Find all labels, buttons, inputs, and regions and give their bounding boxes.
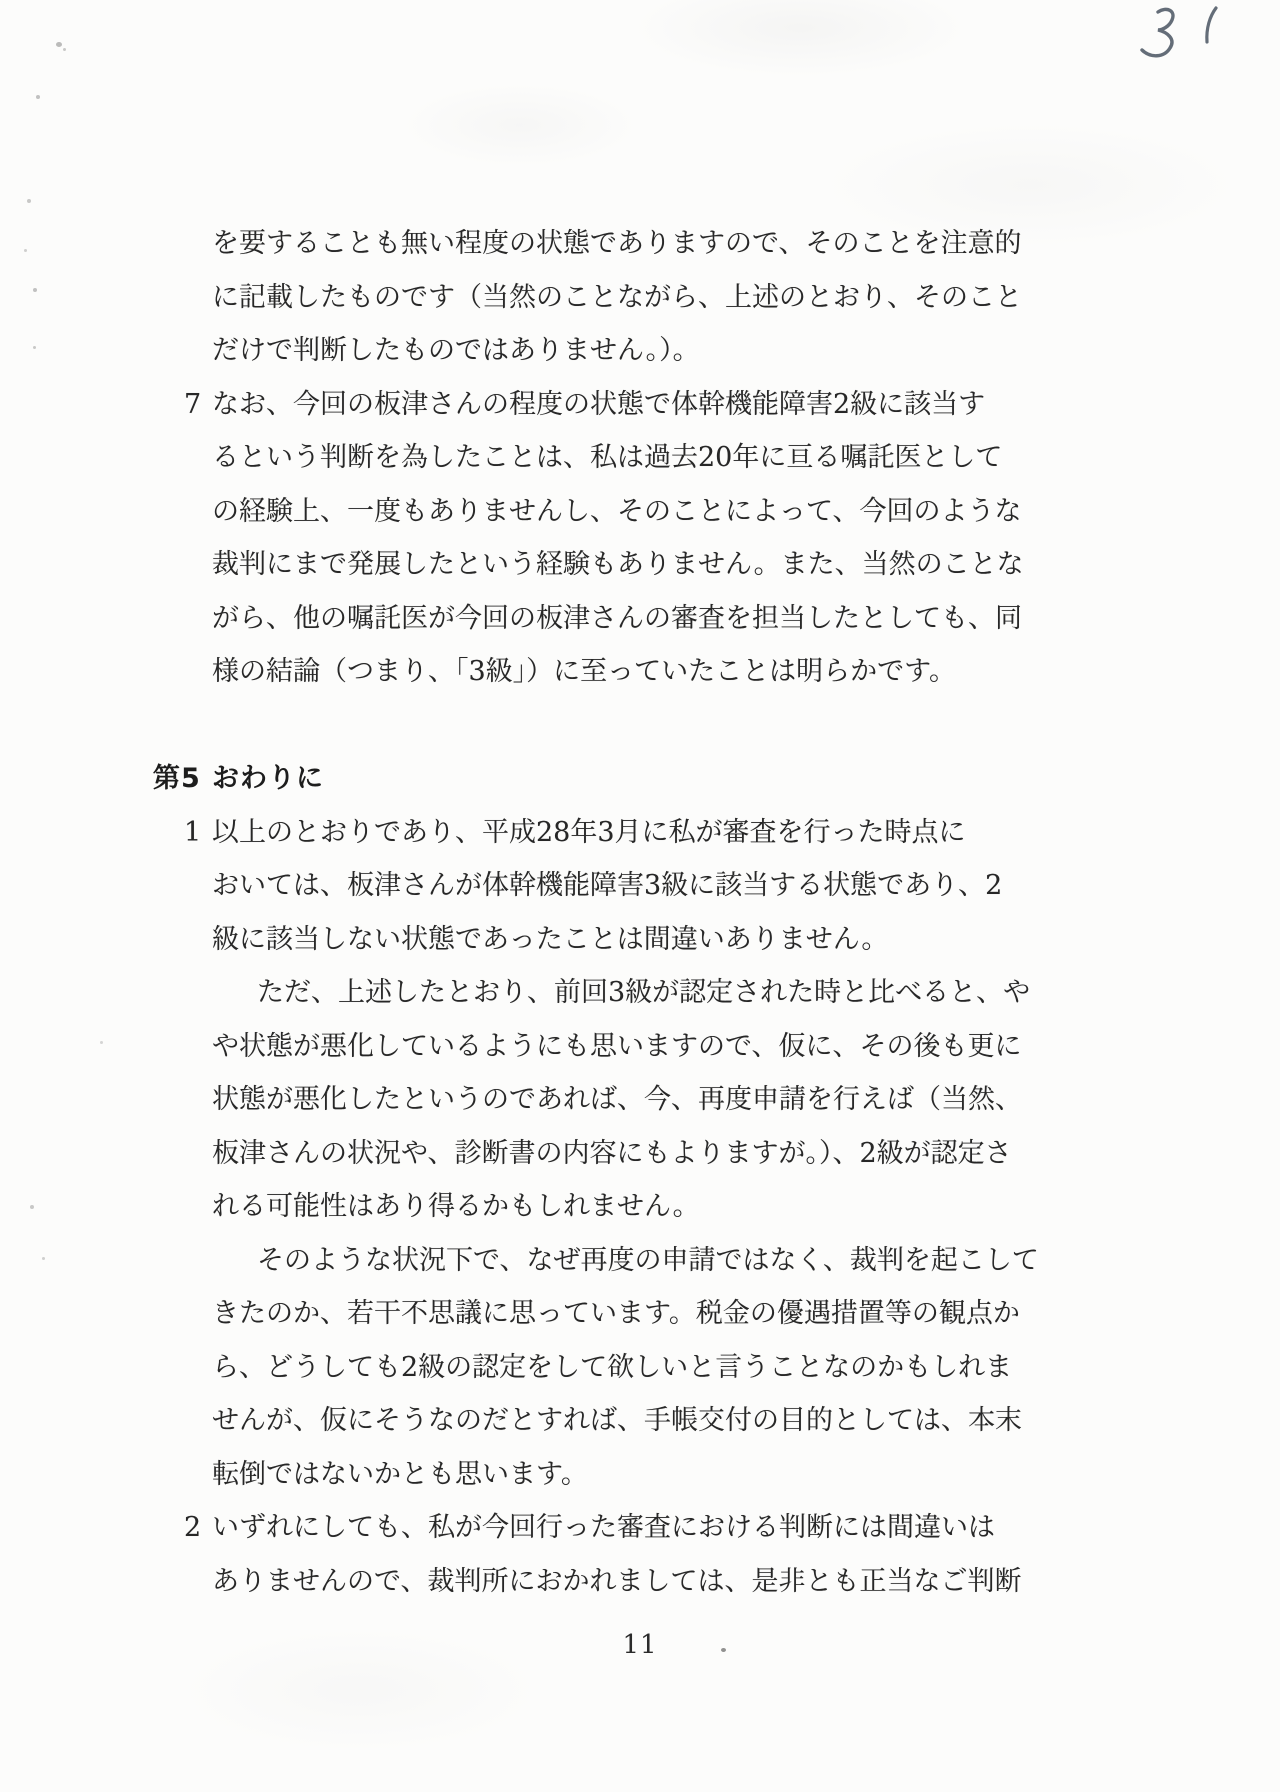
text-line: 7なお、今回の板津さんの程度の状態で体幹機能障害2級に該当す xyxy=(212,378,1024,432)
text-line: きたのか、若干不思議に思っています。税金の優遇措置等の観点か xyxy=(212,1287,1024,1341)
text-line-content: 以上のとおりであり、平成28年3月に私が審査を行った時点に xyxy=(212,817,966,848)
text-line: 級に該当しない状態であったことは間違いありません。 xyxy=(212,913,1024,967)
scan-speck xyxy=(100,1041,103,1044)
handwritten-mark xyxy=(1110,2,1260,92)
text-line: や状態が悪化しているようにも思いますので、仮に、その後も更に xyxy=(212,1020,1024,1074)
scan-speck xyxy=(24,249,27,252)
handwritten-digit-3 xyxy=(1142,9,1173,55)
blank-line xyxy=(212,699,1024,753)
document-text: を要することも無い程度の状態でありますので、そのことを注意的 に記載したものです… xyxy=(212,217,1024,1608)
text-line: 転倒ではないかとも思います。 xyxy=(212,1448,1024,1502)
scan-speck xyxy=(33,288,37,292)
paragraph-number: 2 xyxy=(184,1501,201,1555)
text-line: 様の結論（つまり、「3級」）に至っていたことは明らかです。 xyxy=(212,645,1024,699)
text-line: の経験上、一度もありませんし、そのことによって、今回のような xyxy=(212,485,1024,539)
section-heading: 第5おわりに xyxy=(212,752,1024,806)
text-line: がら、他の嘱託医が今回の板津さんの審査を担当したとしても、同 xyxy=(212,592,1024,646)
section-heading-number: 第5 xyxy=(153,752,201,806)
text-line: 2いずれにしても、私が今回行った審査における判断には間違いは xyxy=(212,1501,1024,1555)
text-line: るという判断を為したことは、私は過去20年に亘る嘱託医として xyxy=(212,431,1024,485)
handwritten-digit-1 xyxy=(1207,8,1216,42)
scan-speck xyxy=(36,95,40,99)
text-line: 板津さんの状況や、診断書の内容にもよりますが。）、2級が認定さ xyxy=(212,1127,1024,1181)
scan-speck xyxy=(30,1205,34,1209)
text-line: に記載したものです（当然のことながら、上述のとおり、そのこと xyxy=(212,271,1024,325)
scan-speck xyxy=(27,199,31,203)
text-line-content: いずれにしても、私が今回行った審査における判断には間違いは xyxy=(212,1512,995,1543)
scan-speck xyxy=(56,42,62,47)
text-line: おいては、板津さんが体幹機能障害3級に該当する状態であり、2 xyxy=(212,859,1024,913)
text-line: そのような状況下で、なぜ再度の申請ではなく、裁判を起こして xyxy=(212,1234,1024,1288)
text-line: れる可能性はあり得るかもしれません。 xyxy=(212,1180,1024,1234)
text-line-content: なお、今回の板津さんの程度の状態で体幹機能障害2級に該当す xyxy=(212,389,985,420)
text-line: 状態が悪化したというのであれば、今、再度申請を行えば（当然、 xyxy=(212,1073,1024,1127)
paragraph-number: 7 xyxy=(184,378,201,432)
text-line: 1以上のとおりであり、平成28年3月に私が審査を行った時点に xyxy=(212,806,1024,860)
section-heading-title: おわりに xyxy=(212,763,324,794)
scan-speck xyxy=(33,346,36,349)
text-line: ら、どうしても2級の認定をして欲しいと言うことなのかもしれま xyxy=(212,1341,1024,1395)
scan-speck xyxy=(63,48,66,51)
text-line: だけで判断したものではありません。）。 xyxy=(212,324,1024,378)
scanned-document-page: を要することも無い程度の状態でありますので、そのことを注意的 に記載したものです… xyxy=(0,0,1280,1792)
scan-speck xyxy=(721,1648,726,1652)
text-line: 裁判にまで発展したという経験もありません。また、当然のことな xyxy=(212,538,1024,592)
paragraph-number: 1 xyxy=(184,806,201,860)
text-line: ただ、上述したとおり、前回3級が認定された時と比べると、や xyxy=(212,966,1024,1020)
text-line: ありませんので、裁判所におかれましては、是非とも正当なご判断 xyxy=(212,1555,1024,1609)
scan-speck xyxy=(42,1257,45,1260)
text-line: を要することも無い程度の状態でありますので、そのことを注意的 xyxy=(212,217,1024,271)
page-number: 11 xyxy=(0,1630,1280,1660)
text-line: せんが、仮にそうなのだとすれば、手帳交付の目的としては、本末 xyxy=(212,1394,1024,1448)
